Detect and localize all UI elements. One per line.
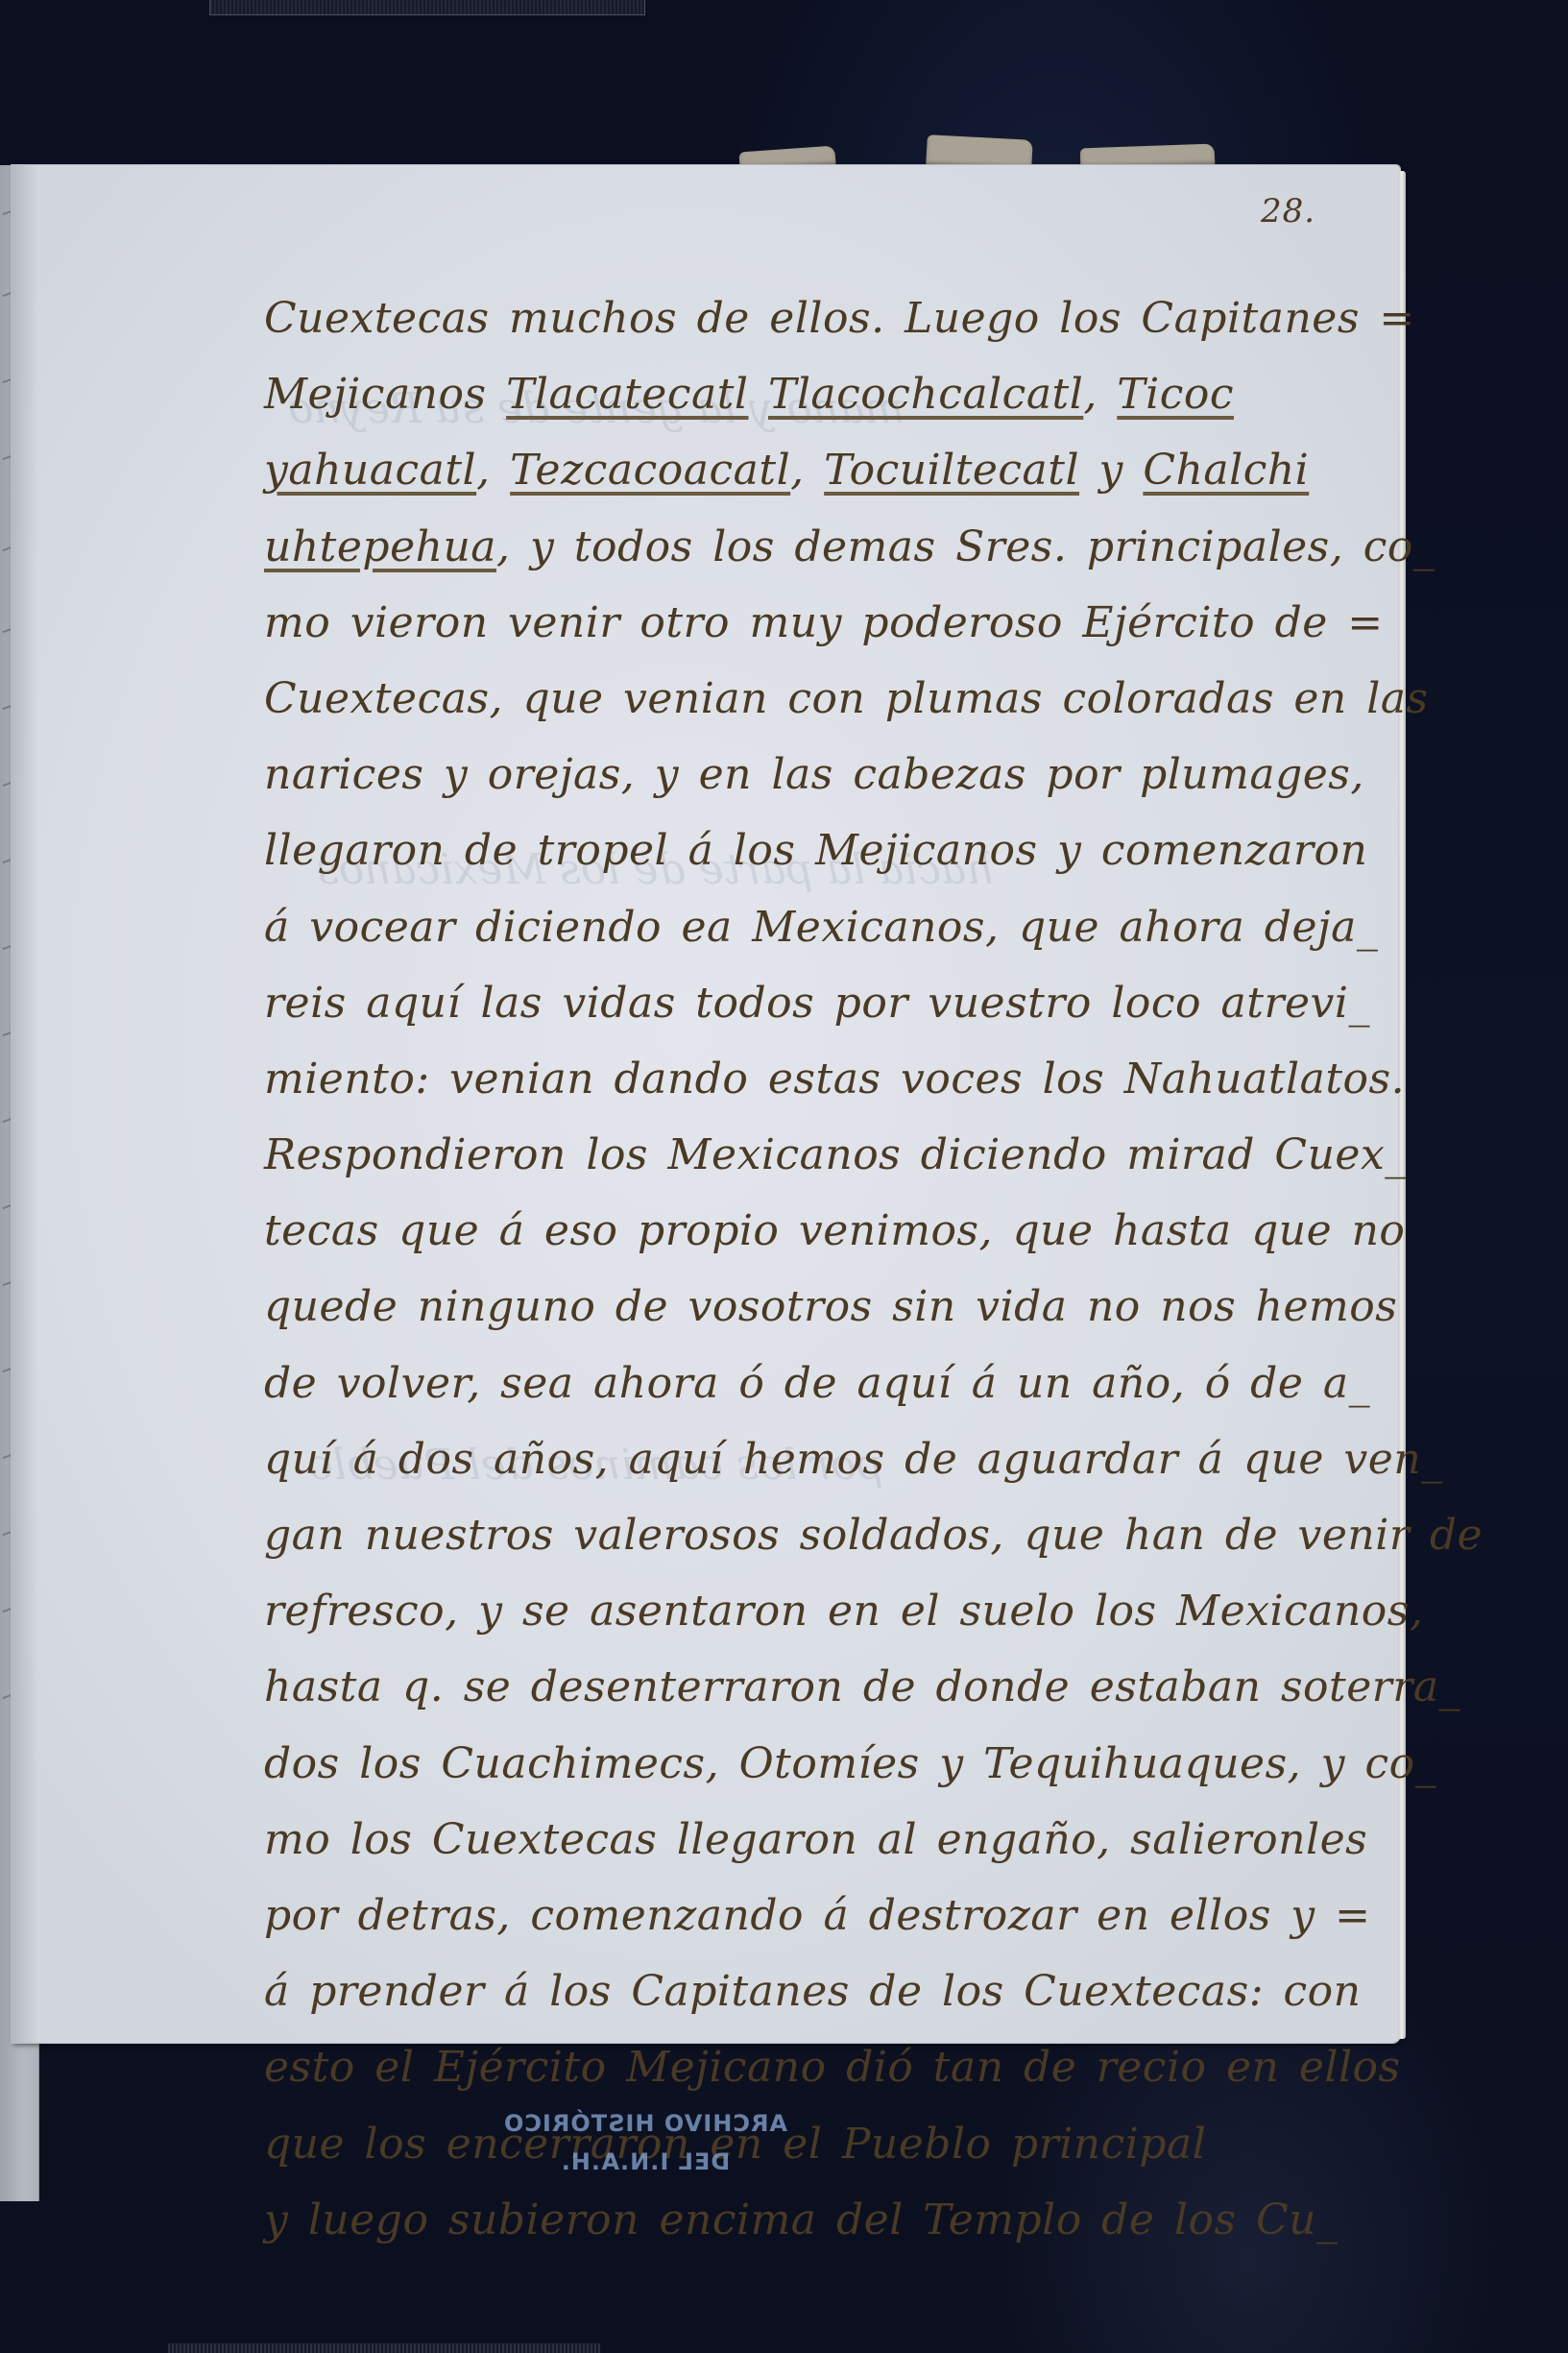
book-label-strip-top bbox=[209, 0, 645, 15]
manuscript-text: Cuextecas muchos de ellos. Luego los Cap… bbox=[264, 280, 1407, 2258]
text-line: Cuextecas muchos de ellos. Luego los Cap… bbox=[264, 280, 1407, 356]
text-line: tecas que á eso propio venimos, que hast… bbox=[264, 1193, 1407, 1269]
text-fragment: y bbox=[1079, 446, 1143, 495]
text-line: miento: venian dando estas voces los Nah… bbox=[264, 1041, 1407, 1117]
text-line: gan nuestros valerosos soldados, que han… bbox=[264, 1497, 1407, 1573]
text-fragment: , bbox=[476, 446, 510, 495]
text-line: dos los Cuachimecs, Otomíes y Tequihuaqu… bbox=[264, 1726, 1407, 1802]
text-line: á prender á los Capitanes de los Cuextec… bbox=[264, 1953, 1407, 2029]
text-line: mo vieron venir otro muy poderoso Ejérci… bbox=[264, 585, 1407, 661]
text-line: reis aquí las vidas todos por vuestro lo… bbox=[264, 965, 1407, 1041]
underlined-name: uhtepehua bbox=[264, 522, 496, 571]
underlined-name: Tlacatecatl bbox=[506, 370, 748, 419]
text-fragment: , y todos los demas Sres. principales, c… bbox=[496, 522, 1435, 571]
text-line: por detras, comenzando á destrozar en el… bbox=[264, 1878, 1407, 1953]
text-line: Cuextecas, que venian con plumas colorad… bbox=[264, 661, 1407, 737]
underlined-name: Tezcacoacatl bbox=[510, 446, 790, 495]
text-line: mo los Cuextecas llegaron al engaño, sal… bbox=[264, 1802, 1407, 1878]
text-fragment: Mejicanos bbox=[264, 370, 506, 419]
text-line: á vocear diciendo ea Mexicanos, que ahor… bbox=[264, 889, 1407, 965]
text-line: que los encerraron en el Pueblo principa… bbox=[264, 2106, 1407, 2182]
underlined-name: yahuacatl bbox=[264, 446, 476, 495]
text-line: y luego subieron encima del Templo de lo… bbox=[264, 2182, 1407, 2258]
text-line: esto el Ejército Mejicano dió tan de rec… bbox=[264, 2029, 1407, 2105]
text-fragment: , bbox=[790, 446, 824, 495]
text-line: de volver, sea ahora ó de aquí á un año,… bbox=[264, 1346, 1407, 1421]
text-line: quede ninguno de vosotros sin vida no no… bbox=[264, 1269, 1407, 1345]
text-line: hasta q. se desenterraron de donde estab… bbox=[264, 1649, 1407, 1725]
text-line: Respondieron los Mexicanos diciendo mira… bbox=[264, 1117, 1407, 1193]
text-line: narices y orejas, y en las cabezas por p… bbox=[264, 737, 1407, 813]
text-line: refresco, y se asentaron en el suelo los… bbox=[264, 1573, 1407, 1649]
underlined-name: Chalchi bbox=[1143, 446, 1309, 495]
book-label-strip-bottom bbox=[168, 2343, 600, 2353]
page-number: 28. bbox=[1261, 192, 1315, 230]
text-line: yahuacatl, Tezcacoacatl, Tocuiltecatl y … bbox=[264, 432, 1407, 508]
text-line: uhtepehua, y todos los demas Sres. princ… bbox=[264, 509, 1407, 585]
text-fragment bbox=[748, 370, 768, 419]
text-line: llegaron de tropel á los Mejicanos y com… bbox=[264, 813, 1407, 888]
underlined-name: Tocuiltecatl bbox=[824, 446, 1079, 495]
underlined-name: Ticoc bbox=[1117, 370, 1234, 419]
underlined-name: Tlacochcalcatl bbox=[768, 370, 1083, 419]
text-line: quí á dos años, aquí hemos de aguardar á… bbox=[264, 1421, 1407, 1497]
text-fragment: , bbox=[1083, 370, 1117, 419]
text-line: Mejicanos Tlacatecatl Tlacochcalcatl, Ti… bbox=[264, 356, 1407, 432]
archive-stamp: ARCHIVO HISTÓRICO DEL I.N.A.H. bbox=[477, 2104, 813, 2143]
